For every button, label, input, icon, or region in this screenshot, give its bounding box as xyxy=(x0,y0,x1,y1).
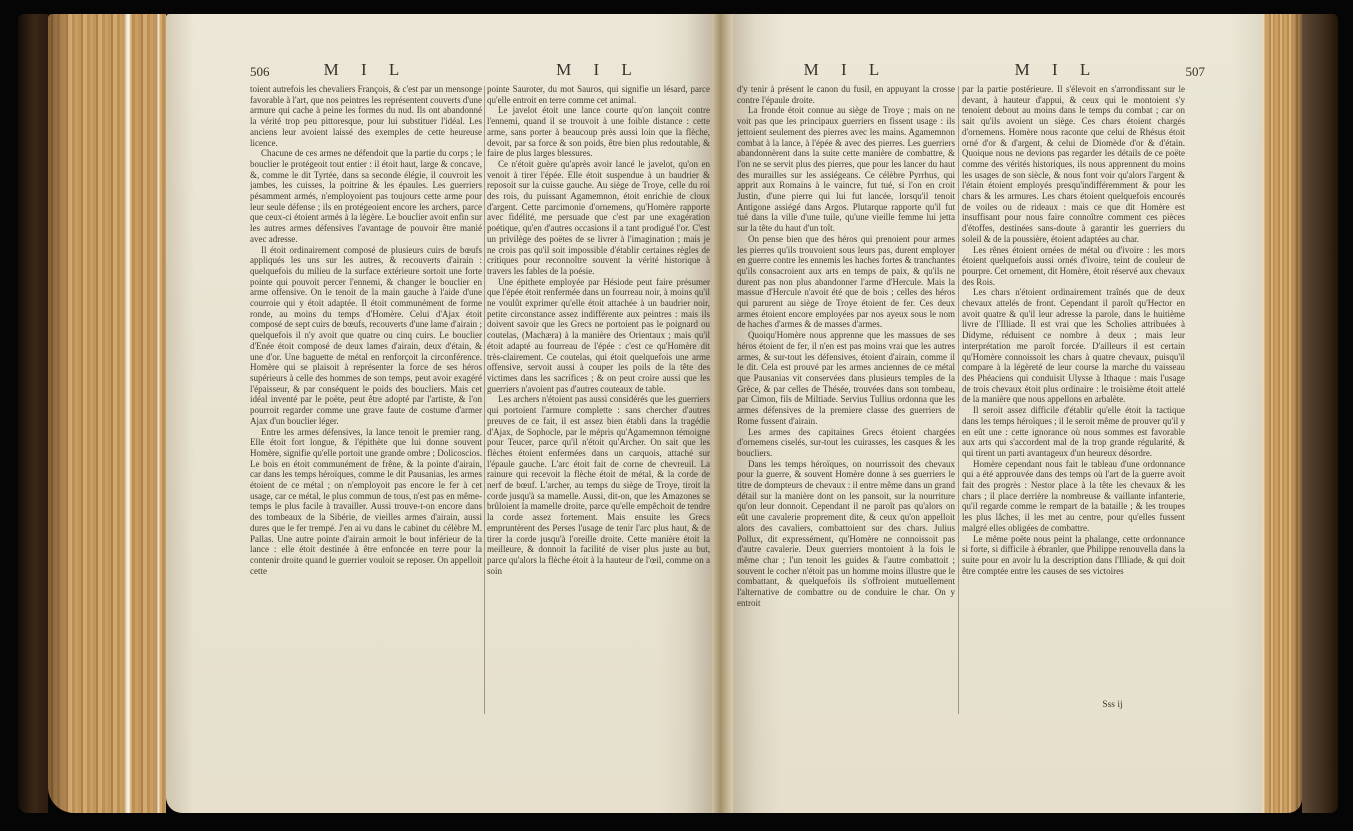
paragraph: d'y tenir à présent le canon du fusil, e… xyxy=(737,84,955,105)
column-rule-right-page xyxy=(958,86,959,714)
paragraph: Quoiqu'Homère nous apprenne que les mass… xyxy=(737,330,955,426)
paragraph: Le même poëte nous peint la phalange, ce… xyxy=(962,534,1185,577)
text-column-4: par la partie postérieure. Il s'élevoit … xyxy=(962,84,1185,732)
paragraph: Chacune de ces armes ne défendoit que la… xyxy=(250,148,482,244)
paragraph: toient autrefois les chevaliers François… xyxy=(250,84,482,148)
running-head-left-col2: M I L xyxy=(487,60,710,80)
right-cover-board xyxy=(1302,14,1338,813)
paragraph: Le javelot étoit une lance courte qu'on … xyxy=(487,105,710,159)
paragraph: Les armes des capitaines Grecs étoient c… xyxy=(737,427,955,459)
paragraph: Les chars n'étoient ordinairement traîné… xyxy=(962,287,1185,405)
signature-mark: Sss ij xyxy=(1040,700,1185,710)
page-number-right: 507 xyxy=(1155,64,1205,80)
paragraph: Dans les temps héroïques, on nourrissoit… xyxy=(737,459,955,609)
left-cover-board xyxy=(18,14,48,813)
paragraph: Les archers n'étoient pas aussi considér… xyxy=(487,394,710,576)
text-column-3: d'y tenir à présent le canon du fusil, e… xyxy=(737,84,955,732)
paragraph: Homère cependant nous fait le tableau d'… xyxy=(962,459,1185,534)
paragraph: Une épithete employée par Hésiode peut f… xyxy=(487,277,710,395)
paragraph: La fronde étoit connue au siège de Troye… xyxy=(737,105,955,233)
running-head-right-col1: M I L xyxy=(737,60,955,80)
running-head-left-col1: M I L xyxy=(250,60,482,80)
paragraph: On pense bien que des héros qui prenoien… xyxy=(737,234,955,330)
paragraph: Il seroit assez difficile d'établir qu'e… xyxy=(962,405,1185,459)
paragraph: par la partie postérieure. Il s'élevoit … xyxy=(962,84,1185,245)
running-head-right-col2: M I L xyxy=(962,60,1152,80)
text-column-1: toient autrefois les chevaliers François… xyxy=(250,84,482,732)
paragraph: Ce n'étoit guère qu'après avoir lancé le… xyxy=(487,159,710,277)
paragraph: Il étoit ordinairement composé de plusie… xyxy=(250,245,482,427)
paragraph: Les rênes étoient ornées de métal ou d'i… xyxy=(962,245,1185,288)
text-column-2: pointe Sauroter, du mot Sauros, qui sign… xyxy=(487,84,710,732)
column-rule-left-page xyxy=(484,86,485,714)
left-page-edges xyxy=(48,14,166,813)
paragraph: Entre les armes défensives, la lance ten… xyxy=(250,427,482,577)
right-page-edges xyxy=(1262,14,1302,813)
paragraph: pointe Sauroter, du mot Sauros, qui sign… xyxy=(487,84,710,105)
book-gutter xyxy=(712,14,733,813)
